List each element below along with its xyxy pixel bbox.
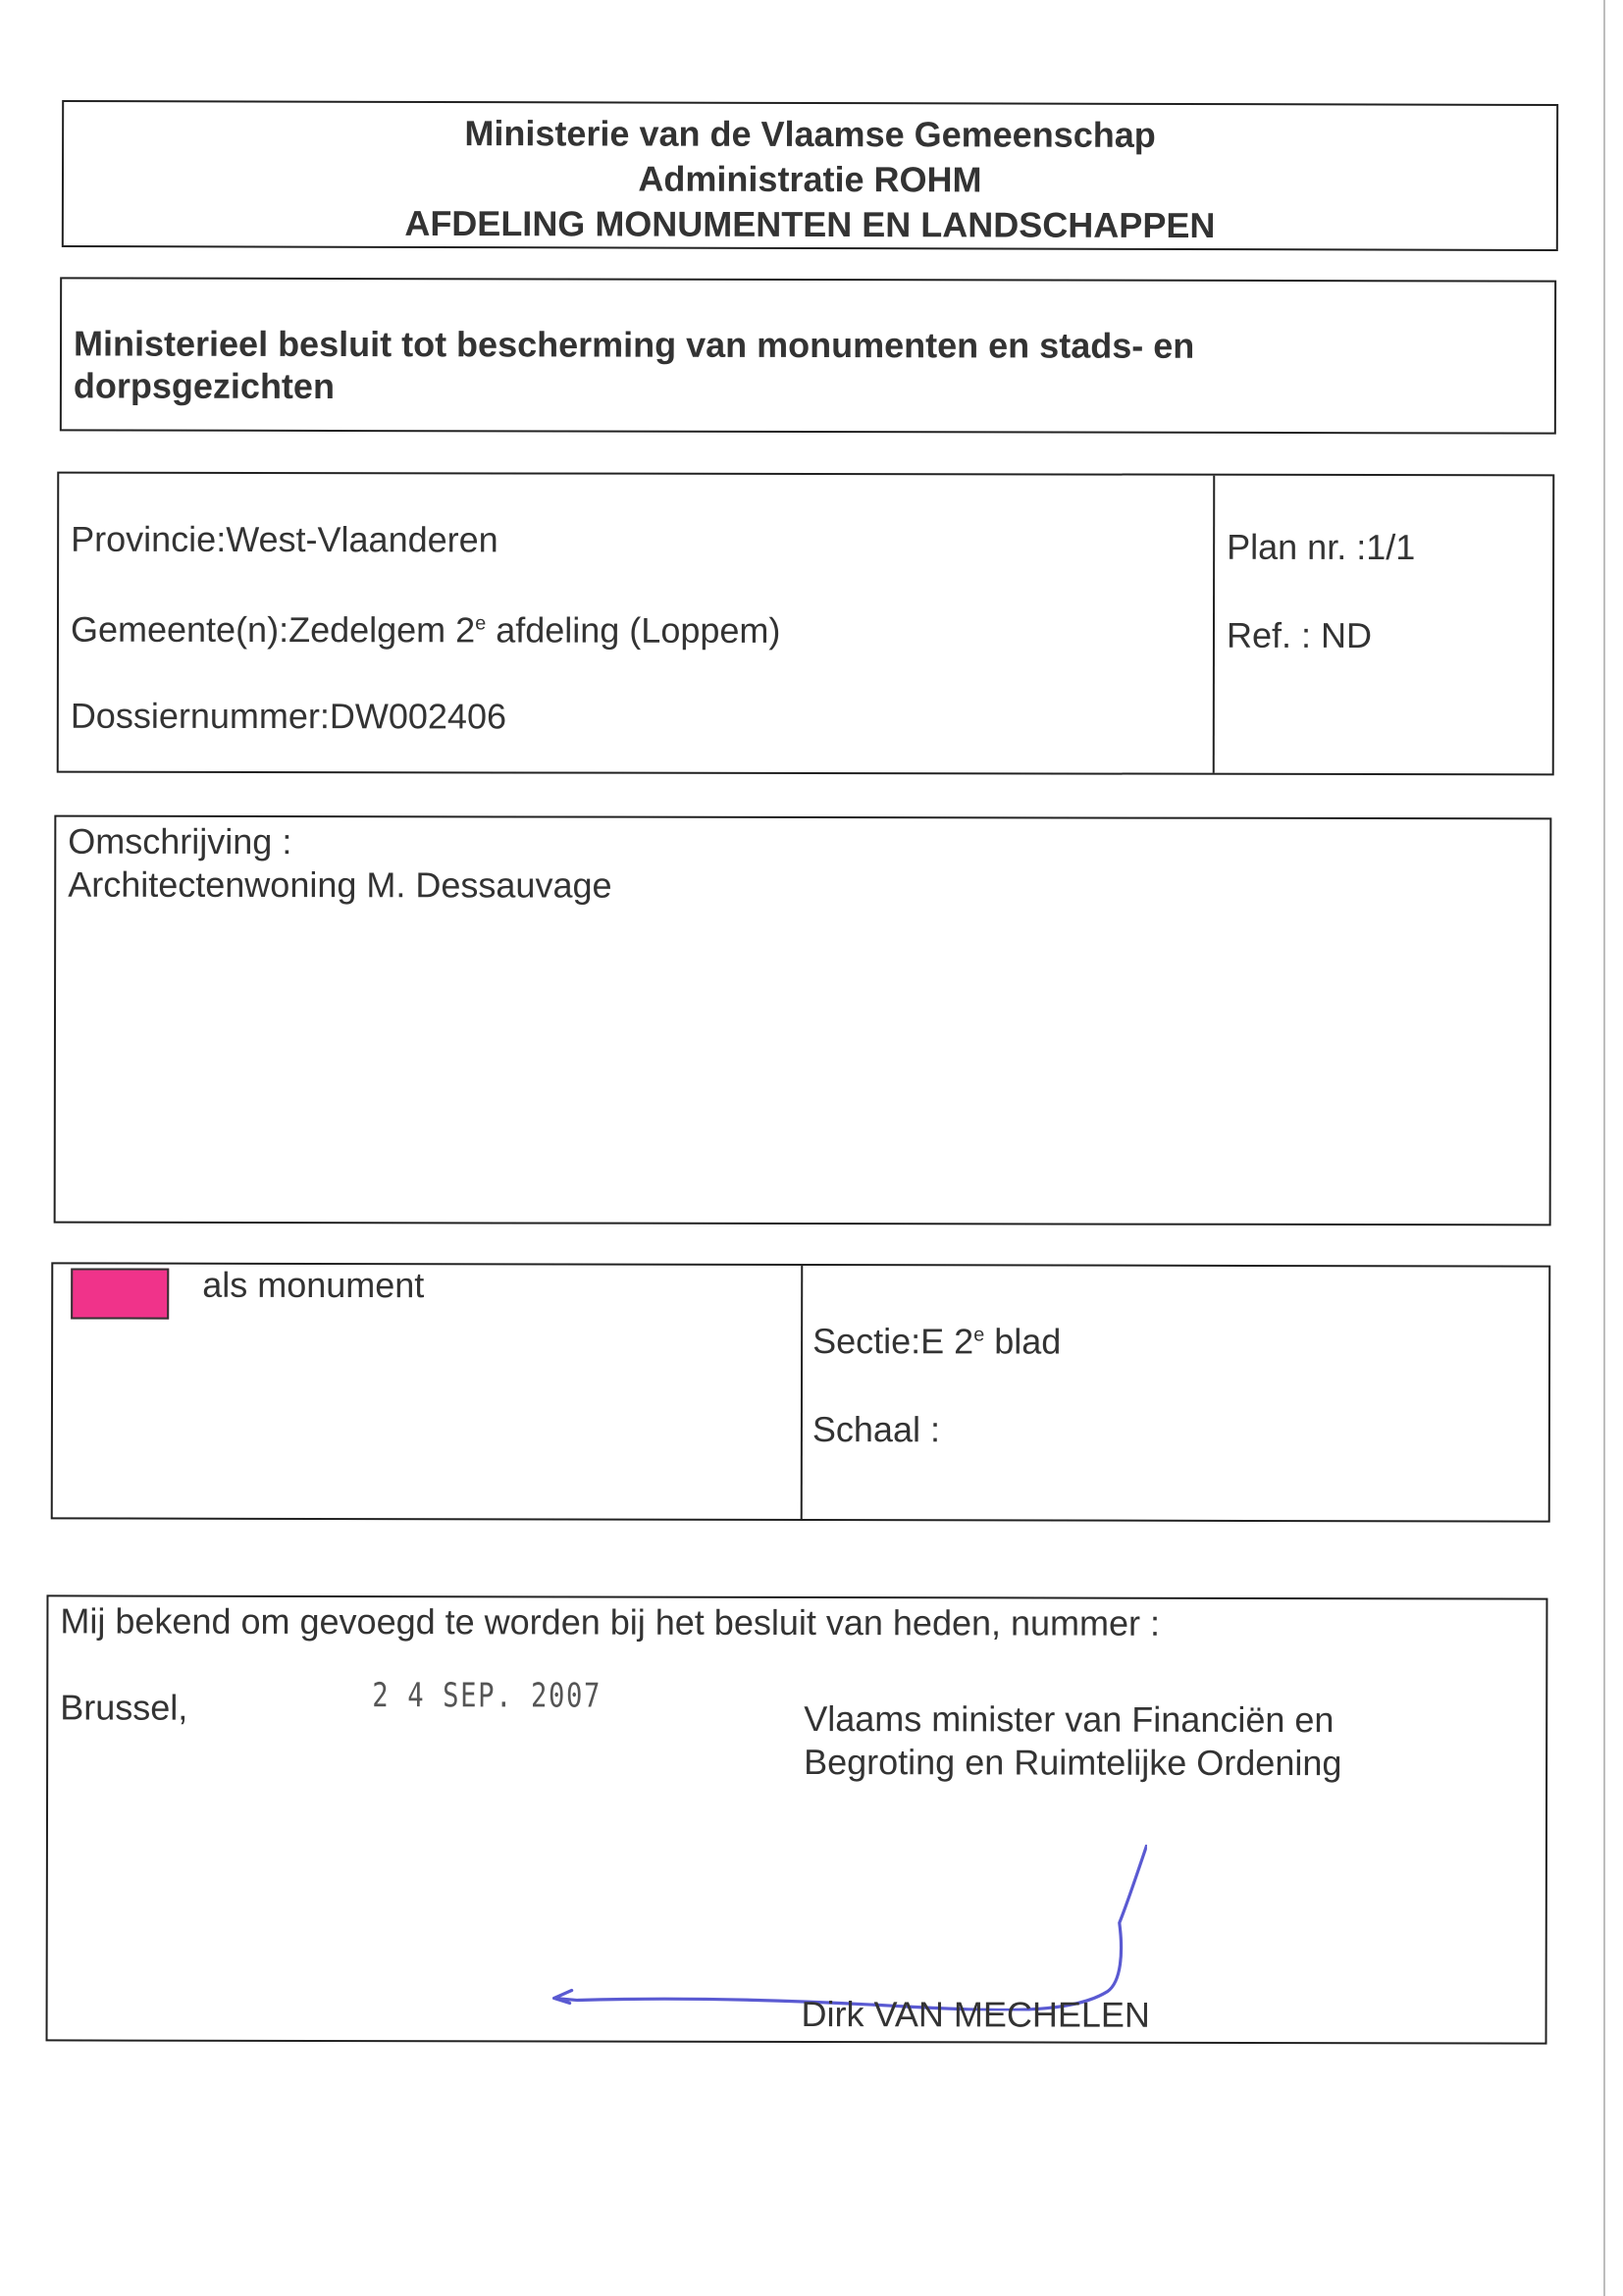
minister-title-line2: Begroting en Ruimtelijke Ordening: [804, 1742, 1341, 1784]
gemeente-label: Gemeente(n):: [71, 609, 288, 650]
description-label: Omschrijving :: [68, 821, 291, 862]
provincie-field: Provincie:West-Vlaanderen: [71, 519, 498, 561]
ref-field: Ref. : ND: [1227, 615, 1372, 656]
administration-name: Administratie ROHM: [64, 157, 1556, 202]
ref-label: Ref. :: [1227, 615, 1311, 655]
ministry-name: Ministerie van de Vlaamse Gemeenschap: [64, 112, 1556, 157]
handwritten-signature: [519, 1843, 1147, 2010]
scan-edge: [1603, 0, 1605, 2296]
decree-title-box: Ministerieel besluit tot bescherming van…: [60, 277, 1556, 434]
minister-name: Dirk VAN MECHELEN: [802, 1994, 1150, 2036]
sectie-value: Sectie:E 2: [812, 1321, 973, 1361]
attachment-statement: Mij bekend om gevoegd te worden bij het …: [60, 1600, 1160, 1644]
info-divider: [1213, 476, 1216, 773]
legend-label-monument: als monument: [202, 1265, 424, 1306]
plan-value: 1/1: [1366, 527, 1415, 567]
sectie-field: Sectie:E 2e blad: [812, 1321, 1061, 1363]
signing-place: Brussel,: [60, 1687, 187, 1728]
ministry-header: Ministerie van de Vlaamse Gemeenschap Ad…: [62, 100, 1558, 251]
provincie-value: West-Vlaanderen: [226, 519, 498, 559]
legend-divider: [801, 1266, 804, 1519]
schaal-label: Schaal :: [812, 1409, 940, 1449]
sectie-superscript: e: [973, 1324, 984, 1345]
gemeente-superscript: e: [475, 612, 486, 634]
decree-title-line1: Ministerieel besluit tot bescherming van…: [74, 323, 1194, 366]
gemeente-value: Zedelgem 2: [288, 609, 475, 650]
minister-title-line1: Vlaams minister van Financiën en: [804, 1698, 1334, 1741]
dossier-field: Dossiernummer:DW002406: [71, 696, 506, 738]
plan-label: Plan nr. :: [1227, 527, 1366, 567]
legend-section-box: als monument Sectie:E 2e blad Schaal :: [51, 1262, 1551, 1522]
description-box: Omschrijving : Architectenwoning M. Dess…: [54, 815, 1552, 1226]
decree-title-line2: dorpsgezichten: [74, 365, 335, 407]
ref-value: ND: [1321, 615, 1372, 655]
gemeente-field: Gemeente(n):Zedelgem 2e afdeling (Loppem…: [71, 609, 780, 652]
gemeente-value-suffix: afdeling (Loppem): [486, 609, 780, 651]
plan-field: Plan nr. :1/1: [1227, 527, 1415, 568]
schaal-field: Schaal :: [812, 1409, 940, 1450]
date-stamp: 2 4 SEP. 2007: [372, 1676, 602, 1715]
department-name: AFDELING MONUMENTEN EN LANDSCHAPPEN: [64, 202, 1556, 247]
sectie-suffix: blad: [984, 1321, 1061, 1361]
monument-color-swatch: [71, 1268, 169, 1319]
dossier-label: Dossiernummer:: [71, 696, 330, 736]
dossier-value: DW002406: [330, 696, 506, 736]
signature-box: Mij bekend om gevoegd te worden bij het …: [46, 1594, 1548, 2044]
provincie-label: Provincie:: [71, 519, 226, 559]
location-info-box: Provincie:West-Vlaanderen Gemeente(n):Ze…: [57, 472, 1555, 776]
description-value: Architectenwoning M. Dessauvage: [68, 864, 611, 907]
